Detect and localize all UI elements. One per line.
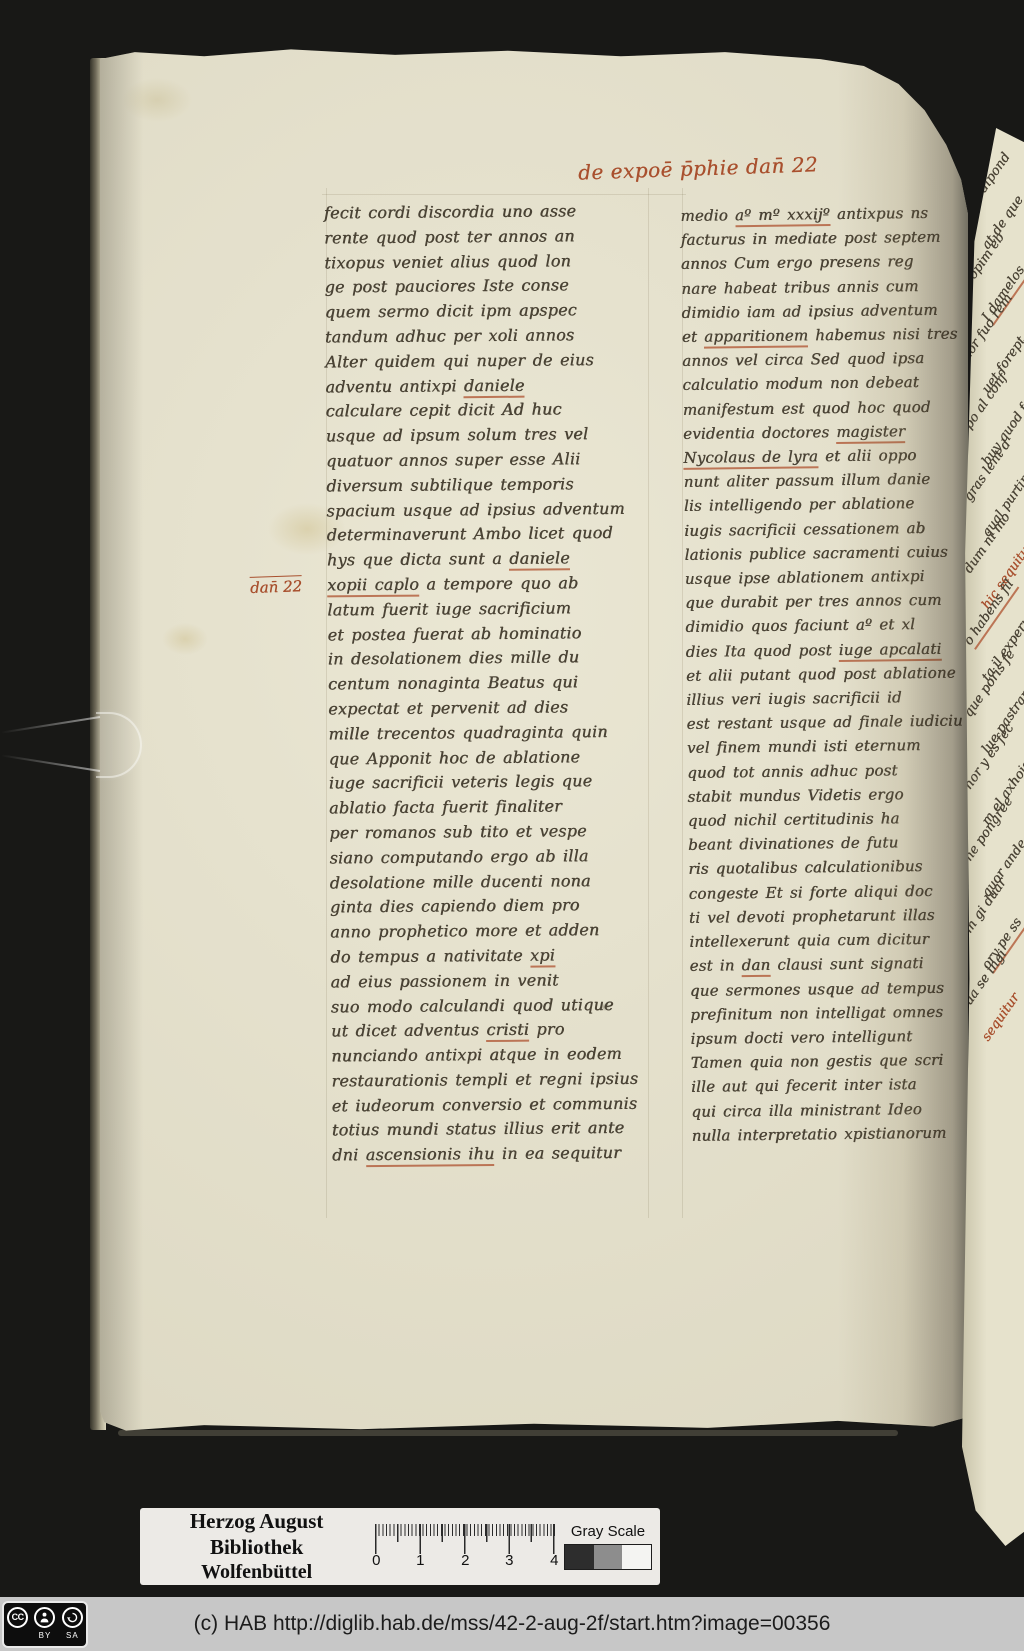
manuscript-line: hys que dicta sunt a daniele [327,546,647,574]
manuscript-line: restaurationis templi et regni ipsius [331,1066,651,1094]
library-name-line1: Herzog August Bibliothek [148,1508,365,1561]
manuscript-line: medio aº mº xxxijº antixpus ns [680,200,980,228]
next-page-edge: um dipondat de quecopim ebI dameloslor f… [962,128,1024,1546]
manuscript-line: desolatione mille ducenti nona [330,868,650,896]
manuscript-line: lis intelligendo per ablatione [684,491,984,519]
manuscript-line: ipsum docti vero intelligunt [690,1023,990,1051]
manuscript-line: Tamen quia non gestis que scri [691,1047,991,1075]
manuscript-line: calculatio modum non debeat [682,370,982,398]
cc-by-person-icon [34,1607,55,1628]
text-column-left: fecit cordi discordia uno asserente quod… [324,199,652,1169]
manuscript-line: que Apponit hoc de ablatione [329,744,649,772]
manuscript-line: et postea fuerat ab hominatio [327,620,647,648]
manuscript-line: Alter quidem qui nuper de eius [325,347,645,375]
manuscript-line: nunciando antixpi atque in eodem [331,1042,651,1070]
manuscript-line: dimidio iam ad ipsius adventum [681,297,981,325]
manuscript-line: prefinitum non intelligat omnes [690,999,990,1027]
grayscale-swatch-mid [594,1545,623,1569]
manuscript-line: quem sermo dicit ipm apspec [325,298,645,326]
manuscript-line: diversum subtilique temporis [326,471,646,499]
manuscript-line: evidentia doctores magister [683,418,983,446]
library-name-line2: Wolfenbüttel [148,1560,365,1585]
ruling-line [322,194,686,195]
ruler-number: 0 [372,1552,380,1569]
grayscale-swatch-light [622,1545,651,1569]
manuscript-line: siano computando ergo ab illa [329,843,649,871]
manuscript-line: per romanos sub tito et vespe [329,819,649,847]
manuscript-line: calculare cepit dicit Ad huc [326,397,646,425]
manuscript-line: totius mundi status illius erit ante [332,1116,652,1144]
grayscale-swatches [564,1544,652,1570]
manuscript-line: fecit cordi discordia uno asse [324,199,644,227]
manuscript-line: quod tot annis adhuc post [687,757,987,785]
cc-sa-arrow-icon [62,1607,83,1628]
manuscript-line: manifestum est quod hoc quod [683,394,983,422]
manuscript-line: stabit mundus Videtis ergo [687,781,987,809]
cc-sa-label: SA [66,1632,79,1640]
manuscript-line: illius veri iugis sacrificii id [686,684,986,712]
manuscript-line: est restant usque ad finale iudiciu [686,708,986,736]
manuscript-photo: de expoē p̄phie dan̄ 22 dan̄ 22 fecit co… [0,0,1024,1651]
manuscript-line: vel finem mundi isti eternum [687,733,987,761]
manuscript-line: nulla interpretatio xpistianorum [691,1120,991,1148]
library-name: Herzog August Bibliothek Wolfenbüttel [148,1508,365,1586]
manuscript-line: congeste Et si forte aliqui doc [689,878,989,906]
margin-note-text: dan̄ 22 [250,575,303,597]
manuscript-line: Nycolaus de lyra et alii oppo [683,442,983,470]
manuscript-line: ge post pauciores Iste conse [324,273,644,301]
manuscript-line: usque ipse ablationem antixpi [685,563,985,591]
manuscript-line: iuge sacrificii veteris legis que [329,769,649,797]
ruler-number: 2 [461,1552,469,1569]
manuscript-line: ille aut qui fecerit inter ista [691,1071,991,1099]
text-column-right: medio aº mº xxxijº antixpus nsfacturus i… [680,200,992,1148]
manuscript-line: ti vel devoti prophetarunt illas [689,902,989,930]
manuscript-line: dies Ita quod post iuge apcalati [686,636,986,664]
manuscript-line: et iudeorum conversio et communis [332,1091,652,1119]
manuscript-line: expectat et pervenit ad dies [328,695,648,723]
ruler-numbers: 01234 [375,1552,555,1572]
manuscript-line: nare habeat tribus annis cum [681,273,981,301]
manuscript-line: anno prophetico more et adden [330,918,650,946]
running-title-red: de expoē p̄phie dan̄ 22 [578,151,839,184]
cc-by-label: BY [39,1632,52,1640]
manuscript-line: iugis sacrificii cessationem ab [684,515,984,543]
manuscript-page: de expoē p̄phie dan̄ 22 dan̄ 22 fecit co… [100,48,968,1432]
manuscript-line: qui circa illa ministrant Ideo [691,1096,991,1124]
parchment-stain [162,623,208,655]
manuscript-line: est in dan clausi sunt signati [689,950,989,978]
manuscript-line: ris quotalibus calculationibus [688,854,988,882]
manuscript-line: mille trecentos quadraginta quin [328,719,648,747]
manuscript-line: adventu antixpi daniele [325,372,645,400]
manuscript-line: et alii putant quod post ablatione [686,660,986,688]
manuscript-line: determinaverunt Ambo licet quod [327,521,647,549]
manuscript-line: dimidio quos faciunt aº et xl [685,612,985,640]
manuscript-line: tandum adhuc per xoli annos [325,323,645,351]
manuscript-line: ginta dies capiendo diem pro [330,893,650,921]
ruler-fine-ticks [375,1524,555,1536]
ruler-number: 1 [416,1552,424,1569]
manuscript-line: facturus in mediate post septem [681,224,981,252]
library-label: Herzog August Bibliothek Wolfenbüttel 01… [140,1508,660,1585]
cc-license-badge: CC BY SA [2,1601,88,1648]
credit-bar: (c) HAB http://diglib.hab.de/mss/42-2-au… [0,1597,1024,1651]
manuscript-line: suo modo calculandi quod utique [331,992,651,1020]
manuscript-line: que durabit per tres annos cum [685,587,985,615]
cc-logo-icon: CC [7,1607,28,1628]
clip-strand [1,716,100,734]
manuscript-line: lationis publice sacramenti cuius [684,539,984,567]
manuscript-line: ablatio facta fuerit finaliter [329,794,649,822]
margin-note-red: dan̄ 22 [250,577,303,597]
ruler-number: 4 [550,1552,558,1569]
grayscale-swatch-dark [565,1545,594,1569]
ruler-number: 3 [505,1552,513,1569]
manuscript-line: do tempus a nativitate xpi [330,943,650,971]
manuscript-line: latum fuerit iuge sacrificium [327,595,647,623]
manuscript-line: xopii caplo a tempore quo ab [327,571,647,599]
manuscript-line: intellexerunt quia cum dicitur [689,926,989,954]
credit-text: (c) HAB http://diglib.hab.de/mss/42-2-au… [194,1612,831,1636]
manuscript-line: usque ad ipsum solum tres vel [326,422,646,450]
manuscript-line: quod nichil certitudinis ha [688,805,988,833]
next-page-text: um dipondat de quecopim ebI dameloslor f… [962,134,1018,1546]
manuscript-line: que sermones usque ad tempus [690,975,990,1003]
manuscript-line: ad eius passionem in venit [330,967,650,995]
manuscript-line: tixopus veniet alius quod lon [324,248,644,276]
manuscript-line: et apparitionem habemus nisi tres [682,321,982,349]
manuscript-line: annos Cum ergo presens reg [681,249,981,277]
manuscript-line: centum nonaginta Beatus qui [328,670,648,698]
manuscript-line: rente quod post ter annos an [324,223,644,251]
manuscript-line: ut dicet adventus cristi pro [331,1017,651,1045]
manuscript-line: beant divinationes de futu [688,829,988,857]
page-stack-bottom-edge [118,1430,898,1436]
manuscript-line: in desolationem dies mille du [328,645,648,673]
scale-ruler: 01234 [369,1519,556,1575]
grayscale-label: Gray Scale [564,1523,652,1540]
manuscript-line: nunt aliter passum illum danie [683,466,983,494]
grayscale-target: Gray Scale [564,1523,652,1570]
clip-strand [1,754,100,772]
manuscript-line: quatuor annos super esse Alii [326,447,646,475]
manuscript-line: dni ascensionis ihu in ea sequitur [332,1141,652,1169]
parchment-stain [122,78,192,122]
manuscript-line: spacium usque ad ipsius adventum [326,496,646,524]
manuscript-line: annos vel circa Sed quod ipsa [682,345,982,373]
